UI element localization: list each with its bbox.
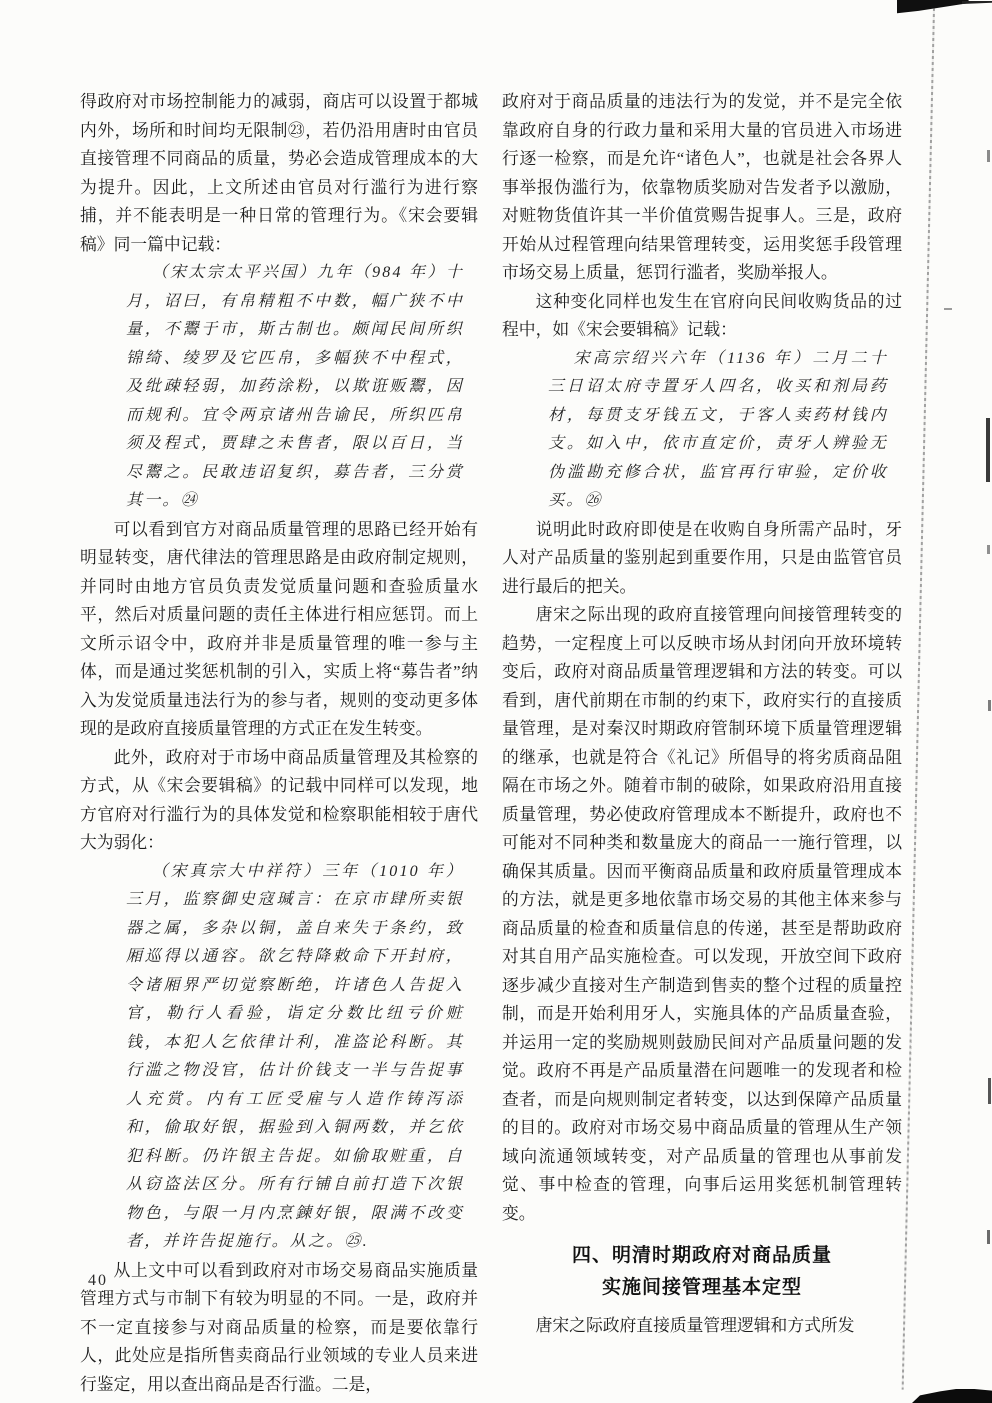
block-quote: （宋太宗太平兴国）九年（984 年）十月，诏曰，有帛精粗不中数，幅广狭不中量，不… bbox=[126, 259, 464, 516]
scan-artifact-top-edge-line bbox=[962, 1, 992, 4]
scan-speck bbox=[944, 308, 952, 310]
page-number: 40 bbox=[88, 1272, 108, 1290]
paragraph: 说明此时政府即使是在收购自身所需产品时，牙人对产品质量的鉴别起到重要作用，只是由… bbox=[502, 516, 902, 602]
paragraph: 唐宋之际政府直接质量管理逻辑和方式所发 bbox=[502, 1312, 902, 1341]
scan-edge-dash bbox=[987, 545, 990, 554]
paragraph: 此外，政府对于市场中商品质量管理及其检察的方式，从《宋会要辑稿》的记载中同样可以… bbox=[80, 744, 478, 858]
section-heading-line2: 实施间接管理基本定型 bbox=[502, 1272, 902, 1304]
section-heading-line1: 四、明清时期政府对商品质量 bbox=[502, 1240, 902, 1272]
paragraph: 从上文中可以看到政府对市场交易商品实施质量管理方式与市制下有较为明显的不同。一是… bbox=[80, 1257, 478, 1400]
section-heading: 四、明清时期政府对商品质量 实施间接管理基本定型 bbox=[502, 1240, 902, 1304]
paragraph: 可以看到官方对商品质量管理的思路已经开始有明显转变，唐代律法的管理思路是由政府制… bbox=[80, 516, 478, 744]
block-quote: （宋真宗大中祥符）三年（1010 年）三月，监察御史寇瑊言：在京市肆所卖银器之属… bbox=[126, 858, 464, 1257]
paragraph: 这种变化同样也发生在官府向民间收购货品的过程中，如《宋会要辑稿》记载： bbox=[502, 288, 902, 345]
right-column: 政府对于商品质量的违法行为的发觉，并不是完全依靠政府自身的行政力量和采用大量的官… bbox=[502, 88, 902, 1341]
scan-edge-dash bbox=[988, 1078, 991, 1104]
scan-edge-dash bbox=[988, 700, 991, 711]
paragraph: 政府对于商品质量的违法行为的发觉，并不是完全依靠政府自身的行政力量和采用大量的官… bbox=[502, 88, 902, 288]
scan-edge-dash bbox=[987, 1230, 990, 1244]
paragraph: 唐宋之际出现的政府直接管理向间接管理转变的趋势，一定程度上可以反映市场从封闭向开… bbox=[502, 601, 902, 1228]
scan-edge-vertical-line bbox=[902, 8, 935, 1390]
paragraph: 得政府对市场控制能力的减弱，商店可以设置于都城内外，场所和时间均无限制㉓，若仍沿… bbox=[80, 88, 478, 259]
left-column: 得政府对市场控制能力的减弱，商店可以设置于都城内外，场所和时间均无限制㉓，若仍沿… bbox=[80, 88, 478, 1399]
scan-artifact-bottom-right bbox=[912, 1383, 992, 1403]
scan-edge-mark bbox=[986, 418, 990, 482]
block-quote: 宋高宗绍兴六年（1136 年）二月二十三日诏太府寺置牙人四名，收买和剂局药材，每… bbox=[548, 345, 888, 516]
scan-edge-dash bbox=[987, 150, 990, 162]
scanned-document-page: 得政府对市场控制能力的减弱，商店可以设置于都城内外，场所和时间均无限制㉓，若仍沿… bbox=[0, 0, 992, 1403]
